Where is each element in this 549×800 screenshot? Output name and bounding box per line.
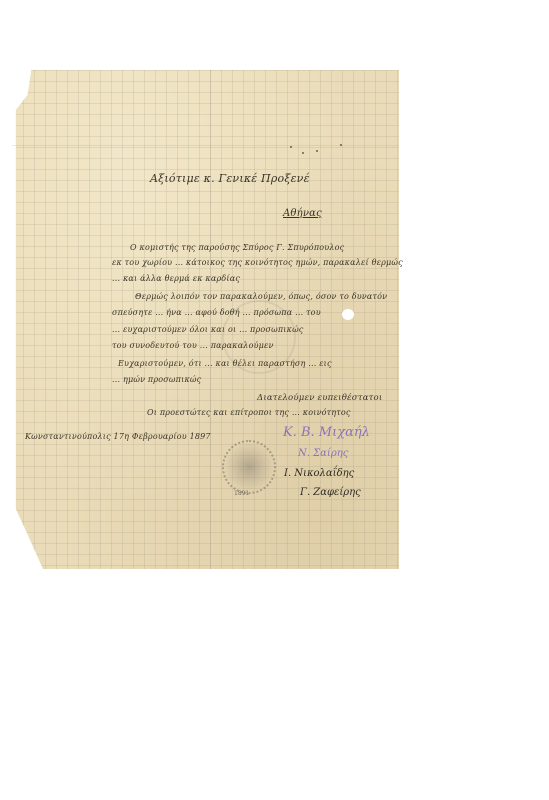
body-line: του συνοδευτού του ... παρακαλούμεν <box>112 341 274 350</box>
signature: Κ. Β. Μιχαήλ <box>283 425 370 440</box>
signers-line: Οι προεστώτες και επίτροποι της ... κοιν… <box>147 408 351 417</box>
body-line: ... ευχαριστούμεν όλοι και οι ... προσωπ… <box>112 325 303 334</box>
paper-hole <box>342 309 354 320</box>
stamp-label: 1891 <box>234 490 249 497</box>
ink-spot <box>302 152 304 154</box>
official-stamp <box>222 440 276 494</box>
body-line: Ευχαριστούμεν, ότι ... και θέλει παραστή… <box>118 359 332 368</box>
closing-line: Διατελούμεν ευπειθέστατοι <box>257 393 382 403</box>
body-line: εκ του χωρίου ... κάτοικος της κοινότητο… <box>112 258 403 267</box>
body-line: ... και άλλα θερμά εκ καρδίας <box>112 274 240 283</box>
ink-spot <box>316 150 318 152</box>
body-line: ... ημών προσωπικώς <box>112 375 201 384</box>
date-line: Κωνσταντινούπολις 17η Φεβρουαρίου 1897 <box>25 432 211 441</box>
body-line: Θερμώς λοιπόν τον παρακαλούμεν, όπως, όσ… <box>135 292 387 301</box>
place-heading: Αθήνας <box>283 208 322 219</box>
signature: Ι. Νικολαΐδης <box>284 468 354 479</box>
addressee-line: Αξιότιμε κ. Γενικέ Προξενέ <box>150 172 310 185</box>
ink-spot <box>290 146 292 148</box>
signature: Γ. Ζαφείρης <box>300 487 361 498</box>
body-line: σπεύσητε ... ήνα ... αφού δοθή ... πρόσω… <box>112 308 321 317</box>
signature: Ν. Σαίρης <box>298 448 348 459</box>
ink-spot <box>340 144 342 146</box>
body-line: Ο κομιστής της παρούσης Σπύρος Γ. Σπυρόπ… <box>130 243 344 252</box>
